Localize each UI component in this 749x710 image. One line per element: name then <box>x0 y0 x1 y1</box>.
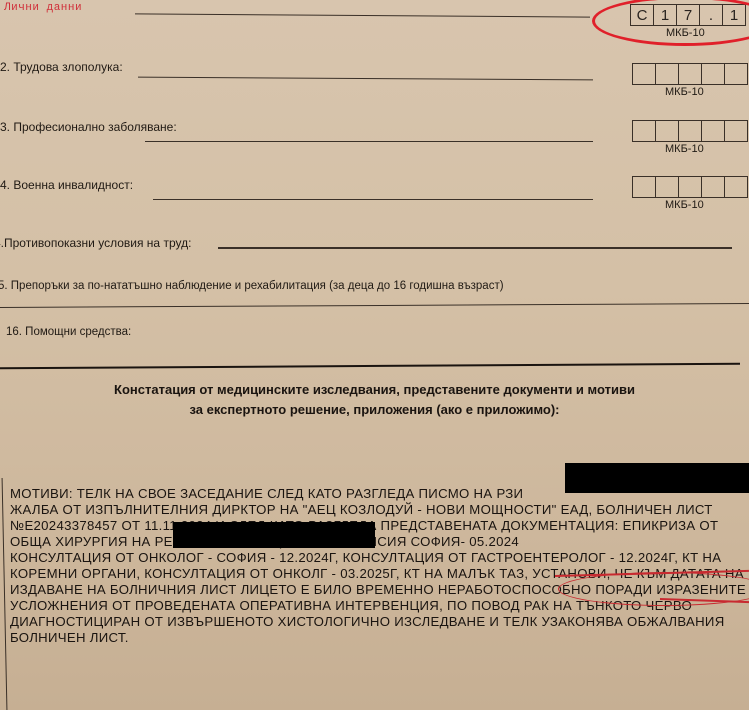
field-14-underline <box>218 247 732 249</box>
field-1-underline <box>135 13 590 17</box>
field-2-underline <box>138 77 593 81</box>
motives-line: №Е20243378457 ОТ 11.11.2024 И СЛЕД КАТО … <box>10 518 749 534</box>
field-2-mkb-label: МКБ-10 <box>665 86 704 98</box>
mkb-cell <box>702 177 725 197</box>
motives-line: ОБЩА ХИРУРГИЯ НА РЕШЕНИЕ НА ОБЩА ОНКО КО… <box>10 534 749 550</box>
section-title-line-2: за експертното решение, приложения (ако … <box>0 400 749 420</box>
mkb-cell <box>633 64 656 84</box>
field-16-label: 16. Помощни средства: <box>6 326 131 338</box>
field-15-underline <box>0 303 749 308</box>
field-16-underline <box>0 363 740 370</box>
mkb-cell <box>633 177 656 197</box>
field-4-mkb-label: МКБ-10 <box>665 199 704 211</box>
field-4-mkb-code[interactable] <box>632 176 748 198</box>
mkb-cell <box>725 64 747 84</box>
personal-data-watermark: Лични данни <box>4 2 82 14</box>
mkb-cell <box>656 177 679 197</box>
motives-line: ДИАГНОСТИЦИРАН ОТ ИЗВЪРШЕНОТО ХИСТОЛОГИЧ… <box>10 614 749 630</box>
motives-line: КОНСУЛТАЦИЯ ОТ ОНКОЛОГ - СОФИЯ - 12.2024… <box>10 550 749 566</box>
mkb-cell <box>656 121 679 141</box>
motives-box-border <box>2 478 8 710</box>
field-14-label: 4.Противопоказни условия на труд: <box>0 236 191 250</box>
field-2-mkb-code[interactable] <box>632 63 748 85</box>
field-3-underline <box>145 141 593 142</box>
motives-line: БОЛНИЧЕН ЛИСТ. <box>10 630 749 646</box>
mkb-cell <box>725 121 747 141</box>
field-3-label: 3. Професионално заболяване: <box>0 120 177 134</box>
field-15-label: 5. Препоръки за по-нататъшно наблюдение … <box>0 280 504 292</box>
mkb-cell <box>656 64 679 84</box>
field-3-mkb-label: МКБ-10 <box>665 143 704 155</box>
section-title: Констатация от медицинските изследвания,… <box>0 380 749 420</box>
mkb-cell <box>679 177 702 197</box>
field-2-label: 2. Трудова злополука: <box>0 60 123 74</box>
motives-line: ЖАЛБА ОТ ИЗПЪЛНИТЕЛНИЯ ДИРКТОР НА "АЕЦ К… <box>10 502 749 518</box>
mkb-cell <box>633 121 656 141</box>
section-title-line-1: Констатация от медицинските изследвания,… <box>0 380 749 400</box>
mkb-cell <box>725 177 747 197</box>
mkb-cell <box>679 64 702 84</box>
red-circle-annotation <box>592 0 749 46</box>
field-3-mkb-code[interactable] <box>632 120 748 142</box>
mkb-cell <box>679 121 702 141</box>
field-4-label: 4. Военна инвалидност: <box>0 178 133 192</box>
field-4-underline <box>153 199 593 200</box>
mkb-cell <box>702 64 725 84</box>
redaction-hospital <box>173 522 375 548</box>
motives-text: МОТИВИ: ТЕЛК НА СВОЕ ЗАСЕДАНИЕ СЛЕД КАТО… <box>10 486 749 646</box>
redaction-rzi <box>565 463 749 493</box>
mkb-cell <box>702 121 725 141</box>
